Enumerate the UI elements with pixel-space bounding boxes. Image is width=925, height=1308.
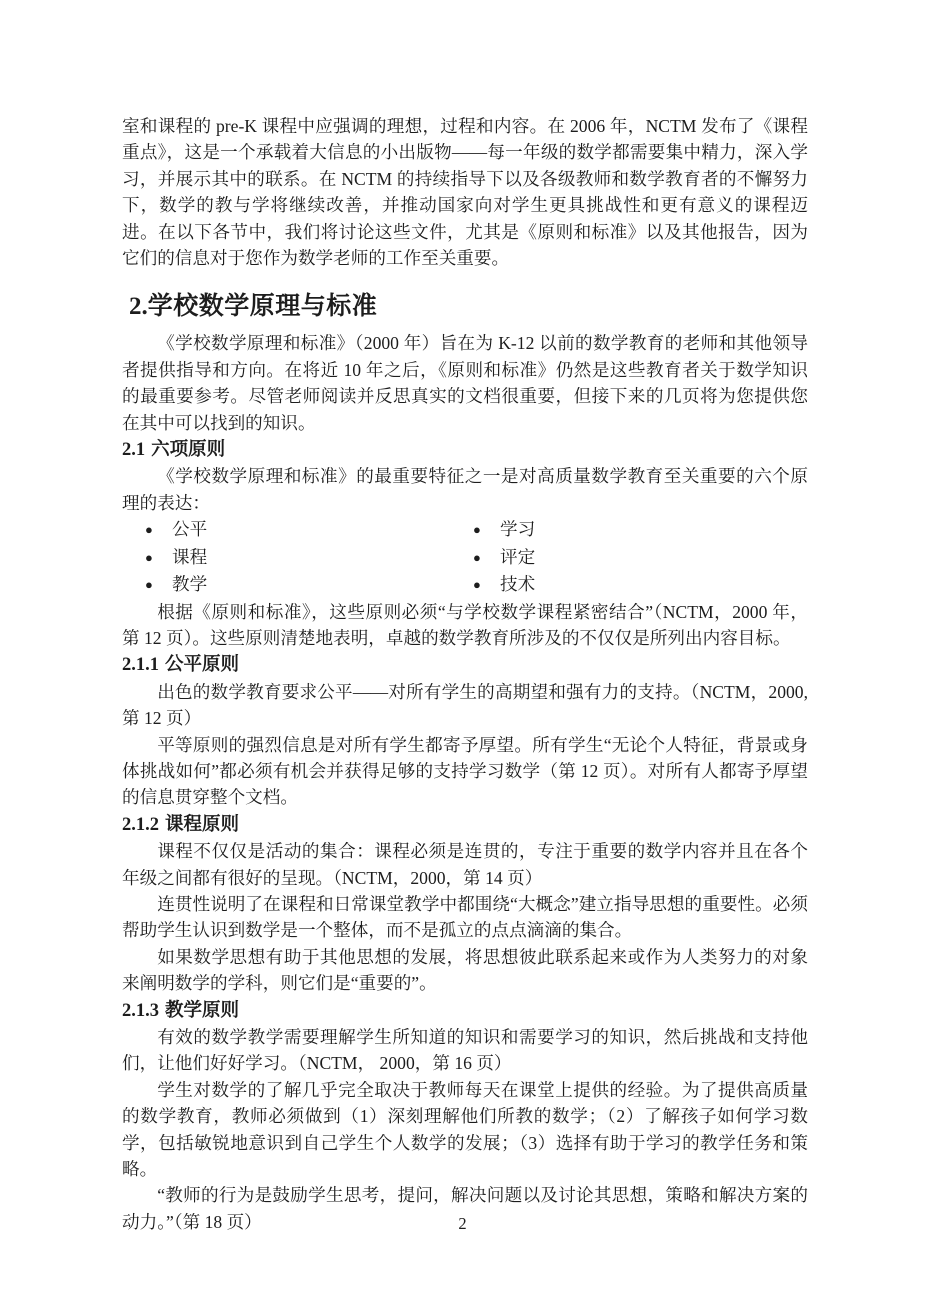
bullet-label: 课程 — [172, 547, 207, 567]
section-title: 六项原则 — [151, 438, 225, 459]
section-heading-equity: 2.1.1公平原则 — [122, 651, 808, 678]
section-number: 2.1.2 — [122, 815, 159, 835]
bullet-row: ●课程 ●评定 — [122, 544, 808, 571]
paragraph-teaching-body-1: 学生对数学的了解几乎完全取决于教师每天在课堂上提供的经验。为了提供高质量的数学教… — [122, 1077, 808, 1183]
bullet-icon: ● — [473, 545, 500, 571]
bullet-item-technology: ●技术 — [450, 571, 808, 598]
bullet-row: ●教学 ●技术 — [122, 571, 808, 598]
section-heading-six-principles: 2.1六项原则 — [122, 436, 808, 463]
bullet-label: 教学 — [172, 574, 207, 594]
bullet-label: 学习 — [500, 519, 535, 539]
section-number: 2.1.1 — [122, 655, 159, 675]
paragraph-continuation: 室和课程的 pre-K 课程中应强调的理想，过程和内容。在 2006 年，NCT… — [122, 113, 808, 271]
page-content: 室和课程的 pre-K 课程中应强调的理想，过程和内容。在 2006 年，NCT… — [122, 113, 808, 1235]
section-heading-teaching: 2.1.3教学原则 — [122, 997, 808, 1024]
section-title: 教学原则 — [165, 999, 239, 1020]
paragraph-principles-intro: 《学校数学原理和标准》的最重要特征之一是对高质量数学教育至关重要的六个原理的表达… — [122, 463, 808, 516]
section-title: 公平原则 — [165, 653, 239, 674]
bullet-icon: ● — [145, 545, 172, 571]
chapter-heading: 2.学校数学原理与标准 — [122, 289, 808, 324]
bullet-item-teaching: ●教学 — [122, 571, 450, 598]
section-heading-curriculum: 2.1.2课程原则 — [122, 811, 808, 838]
bullet-label: 技术 — [500, 574, 535, 594]
bullet-label: 公平 — [172, 519, 207, 539]
chapter-title: 学校数学原理与标准 — [148, 292, 378, 320]
paragraph-principles-note: 根据《原则和标准》，这些原则必须“与学校数学课程紧密结合”（NCTM，2000 … — [122, 599, 808, 652]
paragraph-teaching-quote: 有效的数学教学需要理解学生所知道的知识和需要学习的知识，然后挑战和支持他们，让他… — [122, 1024, 808, 1077]
paragraph-curriculum-body-2: 如果数学思想有助于其他思想的发展，将思想彼此联系起来或作为人类努力的对象来阐明数… — [122, 944, 808, 997]
bullet-item-assessment: ●评定 — [450, 544, 808, 571]
bullet-item-curriculum: ●课程 — [122, 544, 450, 571]
principles-bullet-list: ●公平 ●学习 ●课程 ●评定 ●教学 ●技术 — [122, 516, 808, 598]
chapter-number: 2. — [129, 293, 148, 320]
paragraph-equity-quote: 出色的数学教育要求公平——对所有学生的高期望和强有力的支持。（NCTM，2000… — [122, 679, 808, 732]
bullet-icon: ● — [473, 572, 500, 598]
bullet-label: 评定 — [500, 547, 535, 567]
paragraph-chapter-intro: 《学校数学原理和标准》（2000 年）旨在为 K-12 以前的数学教育的老师和其… — [122, 330, 808, 436]
section-number: 2.1 — [122, 440, 145, 460]
paragraph-equity-body: 平等原则的强烈信息是对所有学生都寄予厚望。所有学生“无论个人特征，背景或身体挑战… — [122, 732, 808, 811]
section-number: 2.1.3 — [122, 1001, 159, 1021]
bullet-icon: ● — [473, 517, 500, 543]
paragraph-curriculum-body-1: 连贯性说明了在课程和日常课堂教学中都围绕“大概念”建立指导思想的重要性。必须帮助… — [122, 891, 808, 944]
bullet-item-equity: ●公平 — [122, 516, 450, 543]
page-number: 2 — [0, 1212, 925, 1236]
section-title: 课程原则 — [165, 813, 239, 834]
bullet-icon: ● — [145, 572, 172, 598]
bullet-item-learning: ●学习 — [450, 516, 808, 543]
paragraph-curriculum-quote: 课程不仅仅是活动的集合：课程必须是连贯的，专注于重要的数学内容并且在各个年级之间… — [122, 838, 808, 891]
bullet-row: ●公平 ●学习 — [122, 516, 808, 543]
bullet-icon: ● — [145, 517, 172, 543]
